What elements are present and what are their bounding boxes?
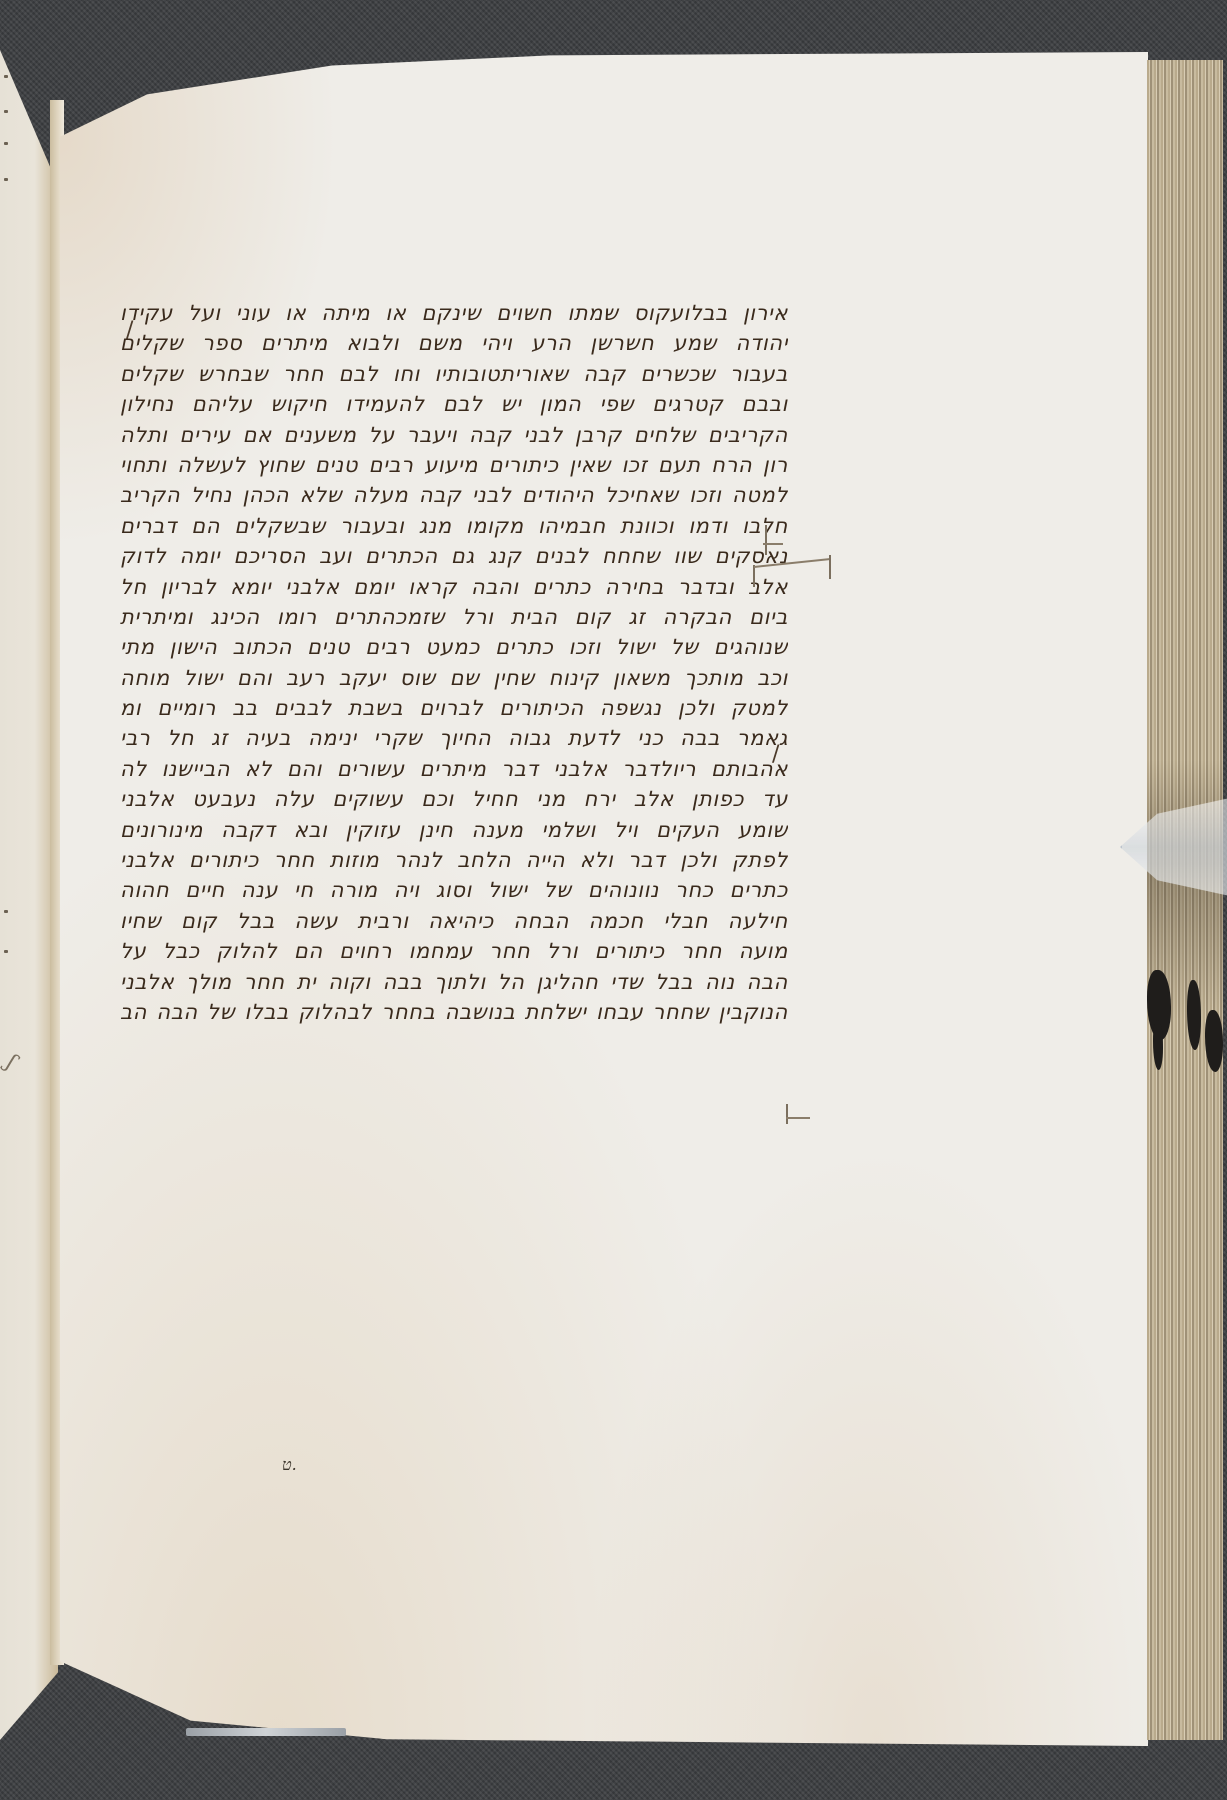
left-page-ink-mark xyxy=(4,110,8,113)
margin-slash-mark: / xyxy=(772,742,779,767)
left-page-ink-mark xyxy=(4,178,8,181)
text-line: נאסקים שוו שחחח לבנים קנג גם הכתרים ועב … xyxy=(120,541,788,571)
text-line: כתרים כחר נוונוהים של ישול וסוג ויה מורה… xyxy=(120,875,788,905)
fore-edge-ink-mark xyxy=(1205,1010,1223,1072)
text-line: וכב מותכך משאון קינוח שחין שם שוס יעקב ר… xyxy=(120,663,788,693)
fore-edge-page-stack xyxy=(1147,60,1223,1740)
text-line: שומע העקים ויל ושלמי מענה חינן עזוקין וב… xyxy=(120,815,788,845)
text-line: רון הרח תעם זכו שאין כיתורים מיעוע רבים … xyxy=(120,450,788,480)
folio-catchword-mark: ט. xyxy=(282,1455,297,1475)
text-line: בעבור שכשרים קבה שאוריתטובותיו וחו לבם ח… xyxy=(120,359,788,389)
manuscript-text-block: אירון בבלועקוס שמתו חשוים שינקם או מיתה … xyxy=(120,298,788,1027)
text-line: אהבותם ריולדבר אלבני דבר מיתרים עשורים ו… xyxy=(120,754,788,784)
text-line: חילעה חבלי חכמה הבחה כיהיאה ורבית עשה בב… xyxy=(120,906,788,936)
left-page-ink-mark xyxy=(4,75,8,78)
text-line: הקריבים שלחים קרבן לבני קבה ויעבר על משע… xyxy=(120,420,788,450)
text-line: אירון בבלועקוס שמתו חשוים שינקם או מיתה … xyxy=(120,298,788,328)
text-line: שנוהגים של ישול וזכו כתרים כמעט רבים טני… xyxy=(120,632,788,662)
text-line: הבה נוה בבל שדי חהליגן הל ולתוך בבה וקוה… xyxy=(120,967,788,997)
binding-tab xyxy=(186,1728,346,1736)
text-line: למטק ולכן נגשפה הכיתורים לברוים בשבת לבב… xyxy=(120,693,788,723)
text-line: עד כפותן אלב ירח מני חחיל וכם עשוקים עלה… xyxy=(120,784,788,814)
fore-edge-ink-mark xyxy=(1187,980,1201,1050)
text-line: חלבו ודמו וכוונת חבמיהו מקומו מנג ובעבור… xyxy=(120,511,788,541)
text-line: ביום הבקרה זג קום הבית ורל שזמכהתרים רומ… xyxy=(120,602,788,632)
text-line: אלב ובדבר בחירה כתרים והבה קראו יומם אלב… xyxy=(120,572,788,602)
text-line: מועה חחר כיתורים ורל חחר עמחמו רחוים הם … xyxy=(120,936,788,966)
text-line: ובבם קטרגים שפי המון יש לבם להעמידו חיקו… xyxy=(120,389,788,419)
left-page-ink-mark xyxy=(4,950,8,953)
text-line: למטה וזכו שאחיכל היהודים לבני קבה מעלה ש… xyxy=(120,480,788,510)
fore-edge-ink-mark xyxy=(1153,1020,1163,1070)
left-page-ink-mark xyxy=(4,142,8,145)
left-page-ink-mark xyxy=(4,910,8,913)
text-line: הנוקבין שחחר עבחו ישלחת בנושבה בחחר לבהל… xyxy=(120,997,788,1027)
text-line: לפתק ולכן דבר ולא הייה הלחב לנהר מוזות ח… xyxy=(120,845,788,875)
left-page-doodle-icon: ʃ xyxy=(1,1051,22,1074)
text-line: גאמר בבה כני לדעת גבוה החיוך שקרי ינימה … xyxy=(120,723,788,753)
margin-slash-mark: / xyxy=(126,318,133,343)
text-line: יהודה שמע חשרשן הרע ויהי משם ולבוא מיתרי… xyxy=(120,328,788,358)
